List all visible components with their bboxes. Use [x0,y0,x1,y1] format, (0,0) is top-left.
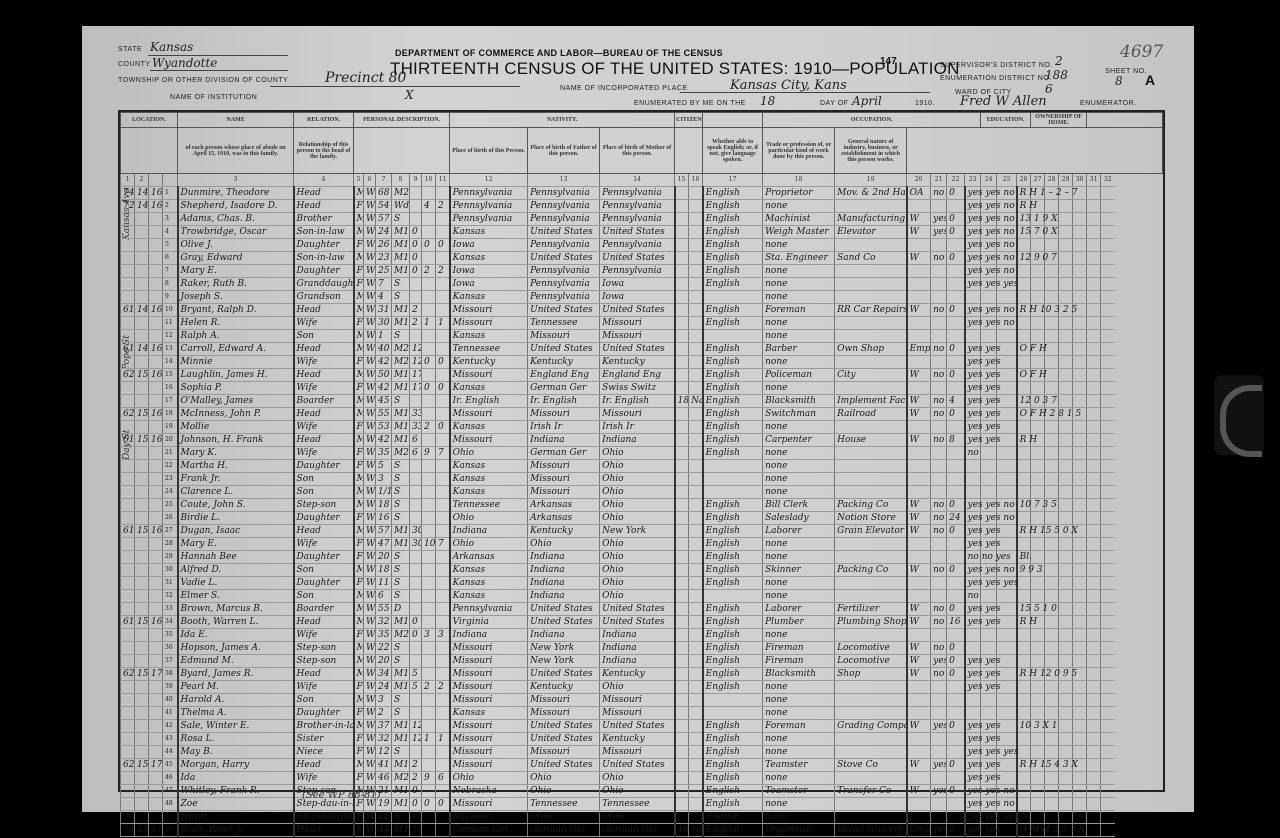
cell-trade: none [763,200,835,213]
cell-edu: yes yes no [965,226,981,239]
cell-relation: Head [294,200,354,213]
cell-trade: none [763,733,835,746]
cell-wks [947,798,965,811]
cell-line: 46 [163,772,178,785]
cell-yrs: 0 [410,226,422,239]
cell-industry [835,447,907,460]
cell-living: 0 [436,239,450,252]
cell-edu: yes yes [965,759,981,772]
cell-relation: Brother-in-law [294,720,354,733]
cell-industry [835,330,907,343]
cell-yr_imm [675,798,689,811]
cell-empty [1101,642,1115,655]
cell-marital: M1 [392,382,410,395]
table-row: 14MinnieWifeFW42M21200KentuckyKentuckyKe… [121,356,1163,369]
cell-empty [1101,187,1115,200]
cell-dwelling [135,512,149,525]
cell-marital: S [392,694,410,707]
cell-born [422,291,436,304]
cell-industry [835,278,907,291]
cell-trade: none [763,629,835,642]
table-row: 42Sale, Winter E.Brother-in-lawMW37M112M… [121,720,1163,733]
cell-bf: Pennsylvania [528,291,600,304]
cell-cls [907,811,931,824]
cell-line: 38 [163,668,178,681]
cell-street [121,421,135,434]
cell-empty [1087,278,1101,291]
cell-empty [997,460,1017,473]
cell-empty [1101,278,1115,291]
table-row: 47Whitley, Frank R.Step-sonMW21M10Nebras… [121,785,1163,798]
cell-bm: United States [600,226,675,239]
cell-marital: M2 [392,629,410,642]
cell-living: 7 [436,447,450,460]
cell-empty [1101,551,1115,564]
cell-cls: W [907,395,931,408]
cell-wks [947,733,965,746]
cell-trade: none [763,577,835,590]
cell-edu [965,642,981,655]
cell-yr_imm [675,746,689,759]
table-row: 17O'Malley, JamesBoarderMW45SIr. English… [121,395,1163,408]
cell-marital: S [392,746,410,759]
column-number: 24 [981,174,997,187]
cell-empty [1031,447,1045,460]
cell-unemp [931,447,947,460]
cell-yr_imm [675,434,689,447]
cell-born: 0 [422,798,436,811]
cell-living [436,577,450,590]
cell-marital: M1 [392,239,410,252]
cell-yrs: 0 [410,252,422,265]
cell-cls [907,681,931,694]
cell-empty [1059,369,1073,382]
cell-cls [907,733,931,746]
cell-bf: Indiana [528,564,600,577]
cell-unemp: no [931,616,947,629]
cell-bp: German Ger [450,824,528,837]
cell-empty [1045,239,1059,252]
cell-bp: Iowa [450,265,528,278]
column-number: 3 [178,174,294,187]
cell-lang: English [703,733,763,746]
cell-edu: yes yes [965,408,981,421]
cell-family [149,395,163,408]
cell-yr_imm [675,408,689,421]
cell-dwelling [135,694,149,707]
cell-empty [1101,343,1115,356]
cell-family [149,356,163,369]
cell-bf: Kentucky [528,356,600,369]
cell-age: 42 [376,356,392,369]
enumerated-label: ENUMERATED BY ME ON THE [634,100,746,107]
cell-empty [981,590,997,603]
cell-edu: yes yes no [965,564,981,577]
cell-relation: Head [294,759,354,772]
cell-yrs [410,707,422,720]
cell-sex: M [354,603,364,616]
cell-trade: none [763,473,835,486]
cell-marital: D [392,603,410,616]
cell-wks: 16 [947,616,965,629]
table-row: 24Clarence L.SonMW1/12SKansasMissouriOhi… [121,486,1163,499]
cell-trade: Laborer [763,603,835,616]
table-row: 62015016515Laughlin, James H.HeadMW50M11… [121,369,1163,382]
cell-born [422,460,436,473]
cell-living: 0 [436,356,450,369]
cell-name: Mary E. [178,265,294,278]
cell-trade: Policeman [763,369,835,382]
cell-empty [1087,512,1101,525]
cell-relation: Daughter [294,551,354,564]
county-label: COUNTY [118,61,151,68]
cell-empty [1045,434,1059,447]
cell-unemp [931,798,947,811]
cell-living: 0 [436,382,450,395]
cell-marital: S [392,811,410,824]
cell-industry [835,681,907,694]
cell-trade: Weigh Master [763,226,835,239]
cell-born [422,499,436,512]
table-row: 39Pearl M.WifeFW24M1522MissouriKentuckyO… [121,681,1163,694]
cell-empty [1045,356,1059,369]
cell-cls [907,278,931,291]
cell-empty [1031,486,1045,499]
cell-empty [1031,239,1045,252]
column-number: 29 [1059,174,1073,187]
cell-family [149,785,163,798]
cell-edu: yes yes no [965,265,981,278]
cell-name: Vadie L. [178,577,294,590]
cell-race: W [364,694,376,707]
cell-yrs [410,200,422,213]
cell-line: 11 [163,317,178,330]
cell-yr_imm [675,603,689,616]
cell-born: 3 [422,629,436,642]
cell-own [1017,447,1031,460]
cell-race: W [364,291,376,304]
cell-natz [689,538,703,551]
cell-yrs: 12 [410,356,422,369]
cell-natz [689,252,703,265]
column-number: 16 [689,174,703,187]
cell-relation: Wife [294,382,354,395]
cell-lang: English [703,746,763,759]
cell-sex: F [354,421,364,434]
cell-sex: F [354,356,364,369]
cell-industry [835,629,907,642]
cell-family: 168 [149,525,163,538]
cell-lang: English [703,239,763,252]
cell-born [422,603,436,616]
column-number: 10 [422,174,436,187]
cell-bp: Arkansas [450,551,528,564]
cell-empty [1101,486,1115,499]
cell-living [436,551,450,564]
cell-empty [1101,499,1115,512]
cell-family [149,772,163,785]
cell-yrs [410,564,422,577]
cell-born [422,577,436,590]
cell-yrs [410,460,422,473]
cell-bp: Pennsylvania [450,213,528,226]
cell-edu [965,707,981,720]
cell-marital: S [392,278,410,291]
cell-street [121,460,135,473]
cell-street: 741 [121,187,135,200]
cell-family: 169 [149,616,163,629]
cell-name: Martha H. [178,460,294,473]
cell-empty [997,473,1017,486]
cell-edu: yes yes [965,538,981,551]
cell-lang: English [703,278,763,291]
cell-name: Morgan, Harry [178,759,294,772]
cell-cls [907,707,931,720]
cell-bf: Missouri [528,707,600,720]
cell-marital: S [392,590,410,603]
cell-born [422,694,436,707]
cell-name: Zoe [178,798,294,811]
cell-natz [689,213,703,226]
cell-race: W [364,200,376,213]
cell-line: 49 [163,811,178,824]
cell-empty [1073,213,1087,226]
cell-natz [689,447,703,460]
cell-bm: Iowa [600,278,675,291]
cell-natz [689,772,703,785]
cell-empty [1087,239,1101,252]
cell-family [149,486,163,499]
cell-own: 12 0 3 7 [1017,395,1031,408]
cell-cls [907,447,931,460]
cell-wks [947,421,965,434]
cell-name: Byard, James R. [178,668,294,681]
cell-marital: M2 [392,343,410,356]
cell-yr_imm [675,707,689,720]
cell-yr_imm [675,460,689,473]
cell-yr_imm [675,382,689,395]
cell-wks: 4 [947,395,965,408]
incorporated-place-value: Kansas City, Kans [730,78,847,93]
table-row: 32Elmer S.SonMW6SKansasIndianaOhiononeno [121,590,1163,603]
cell-born [422,655,436,668]
cell-relation: Step-daughter [294,811,354,824]
cell-relation: Boarder [294,395,354,408]
cell-yr_imm [675,590,689,603]
cell-family: 163 [149,304,163,317]
cell-trade: none [763,356,835,369]
cell-line: 8 [163,278,178,291]
cell-empty [1087,616,1101,629]
cell-edu: yes yes [965,421,981,434]
cell-line: 18 [163,408,178,421]
cell-empty [1031,733,1045,746]
cell-bp: Missouri [450,694,528,707]
cell-living [436,746,450,759]
cell-street [121,733,135,746]
cell-family: 170 [149,668,163,681]
cell-yr_imm [675,187,689,200]
cell-age: 32 [376,733,392,746]
cell-natz [689,382,703,395]
column-number: 18 [763,174,835,187]
cell-yrs: 5 [410,668,422,681]
cell-relation: Daughter [294,707,354,720]
cell-living [436,434,450,447]
cell-bf: United States [528,616,600,629]
cell-age: 5 [376,460,392,473]
cell-race: W [364,824,376,837]
cell-wks [947,356,965,369]
cell-yrs [410,395,422,408]
cell-industry: Mov. & 2nd Hand Store [835,187,907,200]
cell-natz [689,616,703,629]
cell-own [1017,512,1031,525]
cell-name: Mary E. [178,538,294,551]
cell-age: 23 [376,252,392,265]
cell-trade: Machinist [763,213,835,226]
cell-bm: Ohio [600,486,675,499]
cell-cls: W [907,304,931,317]
cell-edu: yes yes no [965,499,981,512]
cell-empty [1087,499,1101,512]
cell-race: W [364,577,376,590]
cell-bf: Ohio [528,772,600,785]
cell-bp: Kansas [450,486,528,499]
cell-street [121,694,135,707]
cell-empty [1031,291,1045,304]
cell-lang: English [703,798,763,811]
cell-own: R H 1 – 2 – 7 [1017,187,1031,200]
cell-yr_imm [675,330,689,343]
cell-born [422,785,436,798]
cell-relation: Head [294,187,354,200]
cell-unemp: no [931,434,947,447]
cell-cls [907,590,931,603]
cell-family [149,317,163,330]
document-title: THIRTEENTH CENSUS OF THE UNITED STATES: … [390,59,960,79]
cell-living: 0 [436,798,450,811]
institution-label: NAME OF INSTITUTION [170,94,257,101]
cell-wks: 0 [947,369,965,382]
column-number: 15 [675,174,689,187]
cell-bm: Missouri [600,746,675,759]
cell-bm: Ohio [600,473,675,486]
column-number: 25 [997,174,1017,187]
cell-sex: F [354,278,364,291]
column-number: 28 [1045,174,1059,187]
cell-empty [1087,200,1101,213]
column-number: 9 [410,174,422,187]
cell-yrs: 17 [410,382,422,395]
column-number [163,174,178,187]
cell-age: 35 [376,629,392,642]
cell-age: 53 [376,421,392,434]
cell-street: 610 [121,304,135,317]
cell-line: 35 [163,629,178,642]
cell-bf: United States [528,226,600,239]
cell-industry: Shop [835,668,907,681]
cell-sex: M [354,304,364,317]
cell-lang: English [703,551,763,564]
group-nativity: NATIVITY. [450,113,675,128]
cell-yrs: 12 [410,733,422,746]
cell-wks: 0 [947,642,965,655]
cell-yrs [410,291,422,304]
cell-unemp [931,577,947,590]
cell-bm: Missouri [600,694,675,707]
cell-empty [1087,265,1101,278]
cell-empty [1059,720,1073,733]
cell-unemp [931,733,947,746]
cell-own [1017,278,1031,291]
cell-dwelling [135,356,149,369]
cell-family [149,265,163,278]
cell-relation: Wife [294,317,354,330]
cell-marital: M2 [392,772,410,785]
cell-wks: 0 [947,720,965,733]
institution-value: X [405,88,414,102]
cell-living: 2 [436,265,450,278]
cell-empty [1059,499,1073,512]
cell-age: 42 [376,434,392,447]
table-row: 74015717250Brolt, Peter J.HeadMW44M118Ge… [121,824,1163,837]
cell-own [1017,460,1031,473]
cell-bm: Pennsylvania [600,213,675,226]
cell-empty [1087,694,1101,707]
cell-age: 18 [376,564,392,577]
cell-cls [907,460,931,473]
cell-born: 1 [422,733,436,746]
cell-bf: Pennsylvania [528,278,600,291]
cell-unemp [931,629,947,642]
cell-bp: Pennsylvania [450,200,528,213]
cell-empty [1045,772,1059,785]
cell-born [422,720,436,733]
cell-natz [689,473,703,486]
cell-empty [1101,720,1115,733]
cell-yr_imm [675,538,689,551]
cell-empty [1073,616,1087,629]
cell-empty [981,460,997,473]
cell-edu [965,629,981,642]
cell-line: 17 [163,395,178,408]
cell-empty [1045,785,1059,798]
cell-sex: F [354,707,364,720]
cell-living [436,330,450,343]
cell-cls [907,356,931,369]
cell-born [422,473,436,486]
cell-yrs: 12 [410,343,422,356]
cell-empty [1073,499,1087,512]
cell-cls [907,291,931,304]
cell-industry: Retail Grocery [835,824,907,837]
cell-marital: M1 [392,408,410,421]
cell-yrs [410,811,422,824]
cell-line: 30 [163,564,178,577]
cell-relation: Wife [294,356,354,369]
cell-wks [947,538,965,551]
cell-living [436,291,450,304]
cell-street [121,772,135,785]
cell-empty [1101,226,1115,239]
cell-marital: M1 [392,733,410,746]
cell-lang: English [703,382,763,395]
cell-yr_imm [675,616,689,629]
cell-sex: M [354,655,364,668]
cell-empty [1059,317,1073,330]
cell-age: 44 [376,824,392,837]
